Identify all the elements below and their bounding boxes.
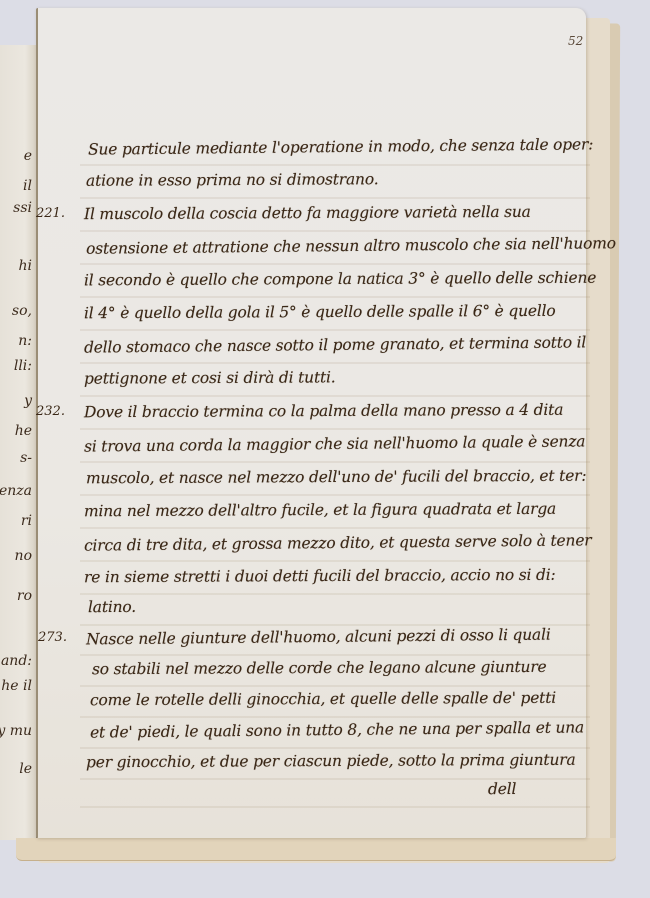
left-page-text-fragment: enza [0,483,32,499]
ink-bleed-through [80,461,590,463]
left-page-text-fragment: y mu [0,723,32,739]
left-page-text-fragment: e [24,148,32,164]
manuscript-line: re in sieme stretti i duoi detti fucili … [84,566,556,586]
left-page-text-fragment: ri [21,513,32,529]
manuscript-line: il secondo è quello che compone la natic… [84,269,596,290]
ink-bleed-through [80,296,590,298]
left-page-text-fragment: and: [1,653,32,669]
volume-bottom-edge [16,838,616,861]
manuscript-line: so stabili nel mezzo delle corde che leg… [92,658,547,678]
left-page-text-fragment: so, [12,303,32,319]
ink-bleed-through [80,806,590,808]
ink-bleed-through [80,230,590,232]
manuscript-line: muscolo, et nasce nel mezzo dell'uno de'… [86,467,586,488]
ink-bleed-through [80,428,590,430]
left-page-text-fragment: le [19,761,32,777]
ink-bleed-through [80,362,590,364]
ink-bleed-through [80,685,590,687]
ink-bleed-through [80,654,590,656]
left-page-text-fragment: ssi [13,200,32,216]
left-page-text-fragment: hi [19,258,33,274]
section-number: 273. [38,630,67,645]
ink-bleed-through [80,197,590,199]
ink-bleed-through [80,560,590,562]
left-facing-page: eilssihiso,n:lli:yhes-enzarinoroand:he i… [0,45,37,840]
left-page-text-fragment: no [15,548,32,564]
manuscript-line: latino. [88,598,136,616]
ink-bleed-through [80,494,590,496]
manuscript-page: 52 [36,8,586,838]
section-number: 221. [36,206,65,221]
left-page-text-fragment: ro [17,588,32,604]
manuscript-line: atione in esso prima no si dimostrano. [86,170,378,190]
manuscript-line: dell [488,780,516,798]
ink-bleed-through [80,593,590,595]
manuscript-line: come le rotelle delli ginocchia, et quel… [90,689,556,709]
manuscript-line: per ginocchio, et due per ciascun piede,… [86,751,576,772]
manuscript-line: Dove il braccio termina co la palma dell… [84,401,563,422]
left-page-text-fragment: he [15,423,32,439]
manuscript-line: Il muscolo della coscia detto fa maggior… [84,203,531,223]
left-page-text-fragment: lli: [14,358,32,374]
ink-bleed-through [80,527,590,529]
ink-bleed-through [80,395,590,397]
manuscript-line: mina nel mezzo dell'altro fucile, et la … [84,500,556,520]
left-page-text-fragment: s- [20,450,32,466]
ink-bleed-through [80,716,590,718]
manuscript-line: pettignone et cosi si dirà di tutti. [84,368,336,387]
ink-bleed-through [80,263,590,265]
section-number: 232. [36,404,65,419]
left-page-text-fragment: y [24,393,32,409]
ink-bleed-through [80,747,590,749]
ink-bleed-through [80,164,590,166]
page-number: 52 [568,34,583,48]
left-page-text-fragment: he il [1,678,32,694]
left-page-text-fragment: il [23,178,32,194]
ink-bleed-through [80,329,590,331]
left-page-text-fragment: n: [18,333,32,349]
manuscript-line: il 4° è quello della gola il 5° è quello… [84,302,556,322]
